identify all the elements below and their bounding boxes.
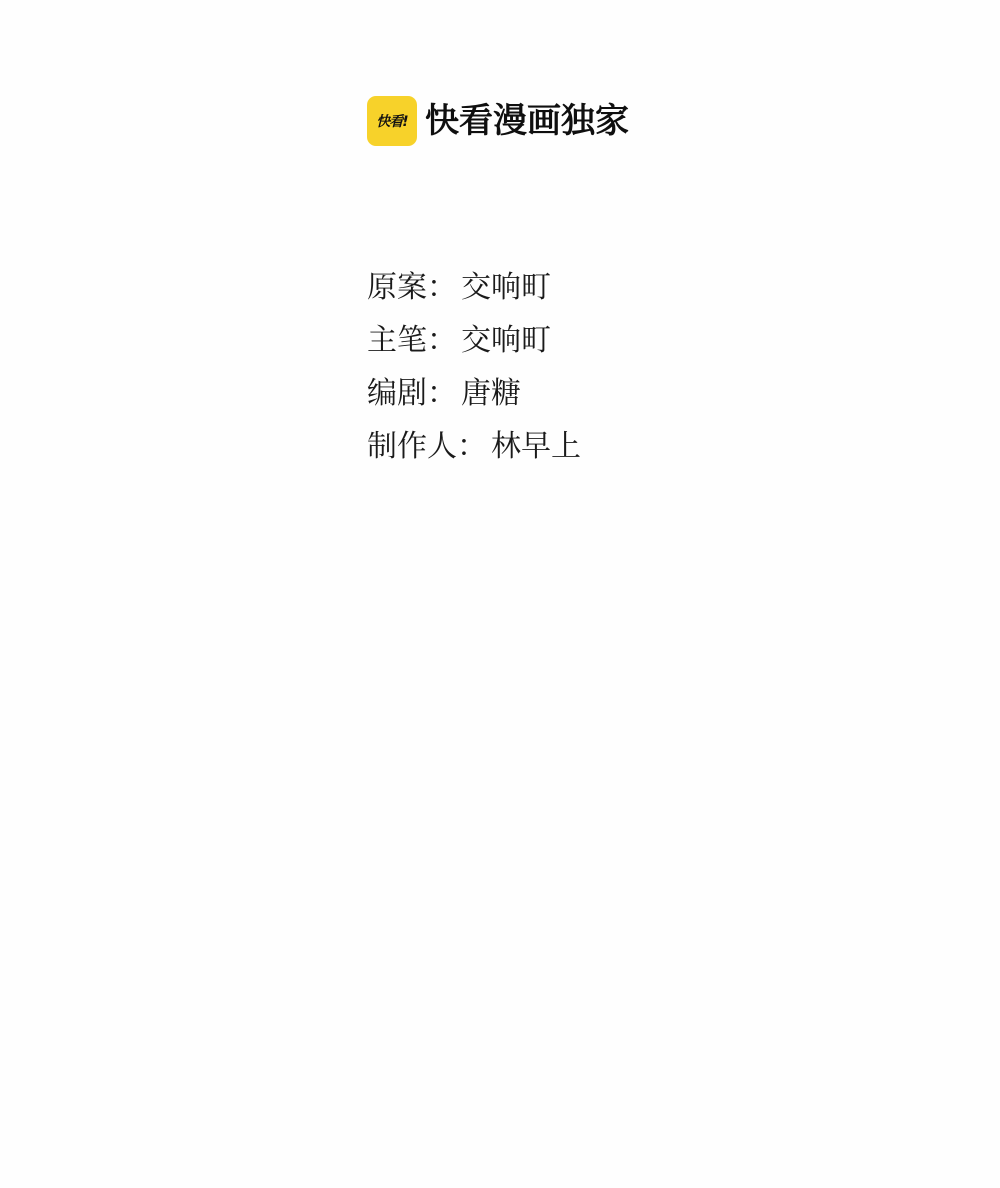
credit-separator: ： [457,428,487,466]
logo-text: 快看! [376,111,407,131]
brand-header: 快看! 快看漫画独家 [367,96,629,146]
credit-role: 制作人 [367,428,457,466]
credit-producer: 制作人：林早上 [367,428,581,481]
credit-name: 林早上 [491,428,581,466]
credit-separator: ： [427,322,457,360]
credit-lead-artist: 主笔：交响町 [367,322,581,375]
credits-list: 原案：交响町 主笔：交响町 编剧：唐糖 制作人：林早上 [367,269,581,481]
credit-name: 唐糖 [461,375,521,413]
credit-original-story: 原案：交响町 [367,269,581,322]
credit-role: 编剧 [367,375,427,413]
credit-name: 交响町 [461,269,551,307]
credit-separator: ： [427,375,457,413]
credit-separator: ： [427,269,457,307]
kuaikan-logo-icon: 快看! [367,96,417,146]
brand-title: 快看漫画独家 [425,96,629,146]
credit-screenwriter: 编剧：唐糖 [367,375,581,428]
credit-role: 主笔 [367,322,427,360]
credit-role: 原案 [367,269,427,307]
credit-name: 交响町 [461,322,551,360]
